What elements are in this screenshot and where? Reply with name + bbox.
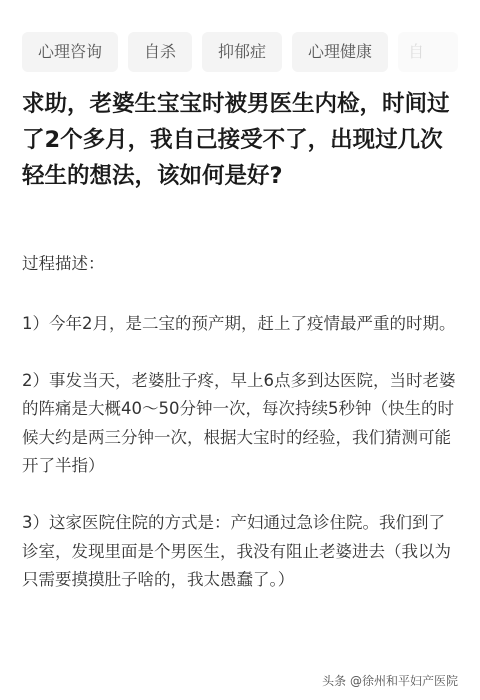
description-paragraph: 1）今年2月，是二宝的预产期，赶上了疫情最严重的时期。 [22, 310, 458, 339]
tag-suicide[interactable]: 自杀 [128, 32, 192, 72]
question-title: 求助，老婆生宝宝时被男医生内检，时间过了2个多月，我自己接受不了，出现过几次轻生… [22, 86, 462, 194]
description-paragraph: 2）事发当天，老婆肚子疼，早上6点多到达医院，当时老婆的阵痛是大概40～50分钟… [22, 367, 458, 481]
watermark: 头条 @徐州和平妇产医院 [322, 672, 458, 689]
tag-mental-health[interactable]: 心理健康 [292, 32, 388, 72]
question-description: 过程描述： 1）今年2月，是二宝的预产期，赶上了疫情最严重的时期。 2）事发当天… [22, 250, 458, 623]
description-label: 过程描述： [22, 250, 458, 279]
tag-truncated[interactable]: 自 [398, 32, 458, 72]
tag-psych-consult[interactable]: 心理咨询 [22, 32, 118, 72]
tag-bar: 心理咨询 自杀 抑郁症 心理健康 自 [22, 32, 458, 72]
tag-depression[interactable]: 抑郁症 [202, 32, 282, 72]
description-paragraph: 3）这家医院住院的方式是：产妇通过急诊住院。我们到了诊室，发现里面是个男医生，我… [22, 509, 458, 595]
